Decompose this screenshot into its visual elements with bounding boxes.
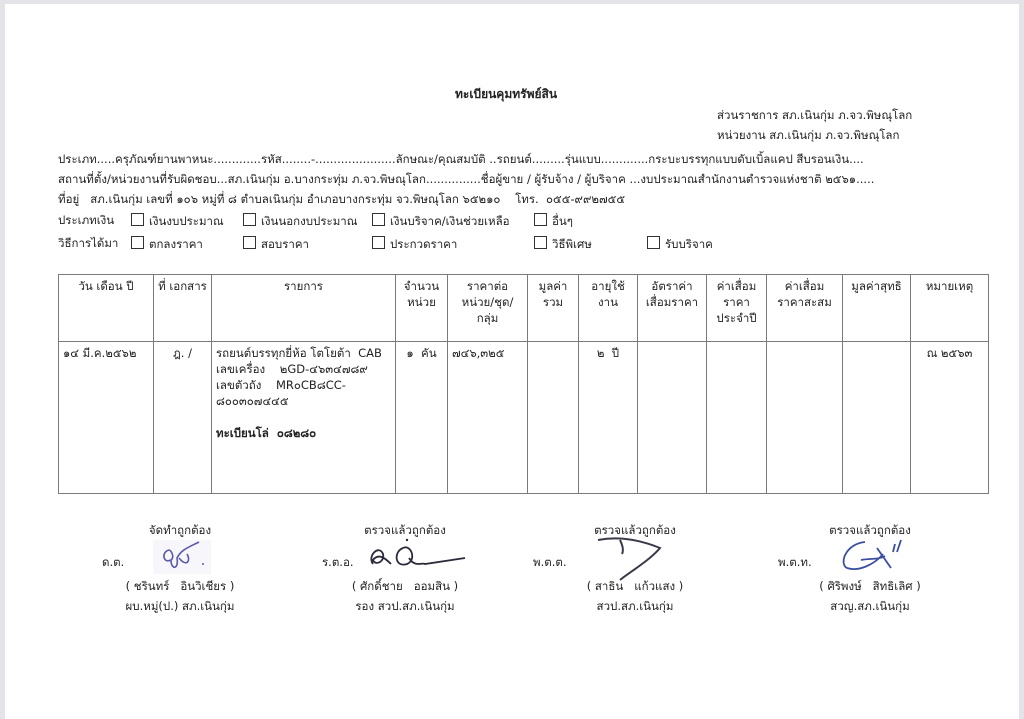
attribute-value: รถยนต์ [497,152,532,166]
phone-label: โทร. [515,192,539,206]
checkbox[interactable] [243,236,256,249]
signature-position: สวญ.สภ.เนินกุ่ม [795,596,945,616]
code-label: รหัส [261,152,282,166]
signature-rank: พ.ต.ต. [533,552,566,572]
cell-useful-life: ๒ ปี [579,342,638,494]
header-total-value: มูลค่า รวม [528,275,579,342]
seller-value: งบประมาณสำนักงานตำรวจแห่งชาติ ๒๕๖๑ [640,172,856,186]
cell-item: รถยนต์บรรทุกยี่ห้อ โตโยต้า CAB เลขเครื่อ… [212,342,396,494]
header-net-value: มูลค่าสุทธิ [843,275,911,342]
model-value: กระบะบรรทุกแบบดับเบิ้ลแคป สีบรอนเงิน [648,152,849,166]
cell-remark: ณ ๒๕๖๓ [911,342,989,494]
phone-value: ๐๕๕-๙๙๒๗๕๕ [546,192,625,206]
checkbox[interactable] [243,213,256,226]
seller-label: ชื่อผู้ขาย / ผู้รับจ้าง / ผู้บริจาค [481,172,626,186]
signature-rank: พ.ต.ท. [778,552,812,572]
money-type-label: ประเภทเงิน [58,213,114,227]
location-row: สถานที่ตั้ง/หน่วยงานที่รับผิดชอบ...สภ.เน… [58,172,874,186]
header-useful-life: อายุใช้ งาน [579,275,638,342]
unit-line: หน่วยงาน สภ.เนินกุ่ม ภ.จว.พิษณุโลก [717,128,899,142]
header-doc-no: ที่ เอกสาร [154,275,212,342]
cell-net-value [843,342,911,494]
location-value: สภ.เนินกุ่ม อ.บางกระทุ่ม ภ.จว.พิษณุโลก [228,172,426,186]
item-line: เลขตัวถัง MR๐CB๘CC- [216,377,391,393]
checkbox[interactable] [534,236,547,249]
signature-block-reviewer-2: ตรวจแล้วถูกต้อง พ.ต.ต. ( สาธิน แก้วแสง )… [560,520,710,616]
cell-date: ๑๔ มี.ค.๒๕๖๒ [59,342,154,494]
table-header-row: วัน เดือน ปี ที่ เอกสาร รายการ จำนวน หน่… [59,275,989,342]
acquisition-label: วิธีการได้มา [58,236,118,250]
signature-name: ( ชรินทร์ อินวิเชียร ) [105,576,255,596]
checkbox[interactable] [372,213,385,226]
header-quantity: จำนวน หน่วย [396,275,448,342]
item-line: เลขเครื่อง ๒GD-๔๖๓๔๗๘๙ [216,361,391,377]
handwritten-signature-icon [365,534,475,574]
signature-block-reviewer-1: ตรวจแล้วถูกต้อง ร.ต.อ. ( ศักดิ์ชาย ออมสิ… [330,520,480,616]
signature-block-preparer: จัดทำถูกต้อง ด.ต. ( ชรินทร์ อินวิเชียร )… [105,520,255,616]
cell-quantity: ๑ คัน [396,342,448,494]
type-row: ประเภท.....ครุภัณฑ์ยานพาหนะ.............… [58,152,864,166]
type-label: ประเภท [58,152,97,166]
signature-name: ( ศิริพงษ์ สิทธิเลิศ ) [795,576,945,596]
table-row: ๑๔ มี.ค.๒๕๖๒ ฎ. / รถยนต์บรรทุกยี่ห้อ โตโ… [59,342,989,494]
attribute-label: ลักษณะ/คุณสมบัติ [396,152,486,166]
checkbox[interactable] [131,236,144,249]
money-type-off-budget[interactable]: เงินนอกงบประมาณ [243,213,357,228]
acquisition-bidding[interactable]: ประกวดราคา [372,236,457,251]
type-value: ครุภัณฑ์ยานพาหนะ [115,152,213,166]
money-type-donation[interactable]: เงินบริจาค/เงินช่วยเหลือ [372,213,510,228]
signature-heading: จัดทำถูกต้อง [105,520,255,540]
address-label: ที่อยู่ [58,192,79,206]
signature-position: ผบ.หมู่(ป.) สภ.เนินกุ่ม [105,596,255,616]
checkbox[interactable] [534,213,547,226]
item-line: รถยนต์บรรทุกยี่ห้อ โตโยต้า CAB [216,345,391,361]
cell-depreciation-rate [638,342,707,494]
handwritten-signature-icon [153,540,223,576]
item-line: ๘๐๐๓๐๗๔๔๕ [216,393,391,409]
acquisition-special[interactable]: วิธีพิเศษ [534,236,592,251]
signature-position: รอง สวป.สภ.เนินกุ่ม [330,596,480,616]
address-row: ที่อยู่ สภ.เนินกุ่ม เลขที่ ๑๐๖ หมู่ที่ ๘… [58,192,625,206]
signature-rank: ร.ต.อ. [322,552,354,572]
location-label: สถานที่ตั้ง/หน่วยงานที่รับผิดชอบ [58,172,217,186]
asset-register-table: วัน เดือน ปี ที่ เอกสาร รายการ จำนวน หน่… [58,274,989,494]
header-accumulated-depreciation: ค่าเสื่อม ราคาสะสม [767,275,843,342]
signature-position: สวป.สภ.เนินกุ่ม [560,596,710,616]
header-depreciation-rate: อัตราค่า เสื่อมราคา [638,275,707,342]
header-date: วัน เดือน ปี [59,275,154,342]
document-page: ทะเบียนคุมทรัพย์สิน ส่วนราชการ สภ.เนินกุ… [5,4,1019,719]
handwritten-signature-icon [835,538,925,578]
money-type-budget[interactable]: เงินงบประมาณ [131,213,224,228]
item-plate: ทะเบียนโล่ ๐๘๒๘๐ [216,425,391,441]
acquisition-agreement[interactable]: ตกลงราคา [131,236,203,251]
signature-name: ( ศักดิ์ชาย ออมสิน ) [330,576,480,596]
cell-unit-price: ๗๔๖,๓๒๕ [448,342,528,494]
acquisition-inquiry[interactable]: สอบราคา [243,236,309,251]
cell-total-value [528,342,579,494]
header-unit-price: ราคาต่อ หน่วย/ชุด/ กลุ่ม [448,275,528,342]
cell-accumulated-depreciation [767,342,843,494]
handwritten-signature-icon [590,534,700,584]
signature-rank: ด.ต. [102,552,124,572]
header-annual-depreciation: ค่าเสื่อม ราคา ประจำปี [707,275,767,342]
header-item: รายการ [212,275,396,342]
money-type-other[interactable]: อื่นๆ [534,213,573,228]
cell-annual-depreciation [707,342,767,494]
acquisition-donated[interactable]: รับบริจาค [647,236,713,251]
document-title: ทะเบียนคุมทรัพย์สิน [455,87,557,101]
signature-heading: ตรวจแล้วถูกต้อง [795,520,945,540]
header-remark: หมายเหตุ [911,275,989,342]
checkbox[interactable] [131,213,144,226]
cell-doc-no: ฎ. / [154,342,212,494]
checkbox[interactable] [647,236,660,249]
model-label: รุ่นแบบ [565,152,601,166]
address-value: สภ.เนินกุ่ม เลขที่ ๑๐๖ หมู่ที่ ๘ ตำบลเนิ… [90,192,500,206]
signature-block-reviewer-3: ตรวจแล้วถูกต้อง พ.ต.ท. ( ศิริพงษ์ สิทธิเ… [795,520,945,616]
agency-line: ส่วนราชการ สภ.เนินกุ่ม ภ.จว.พิษณุโลก [717,108,912,122]
checkbox[interactable] [372,236,385,249]
